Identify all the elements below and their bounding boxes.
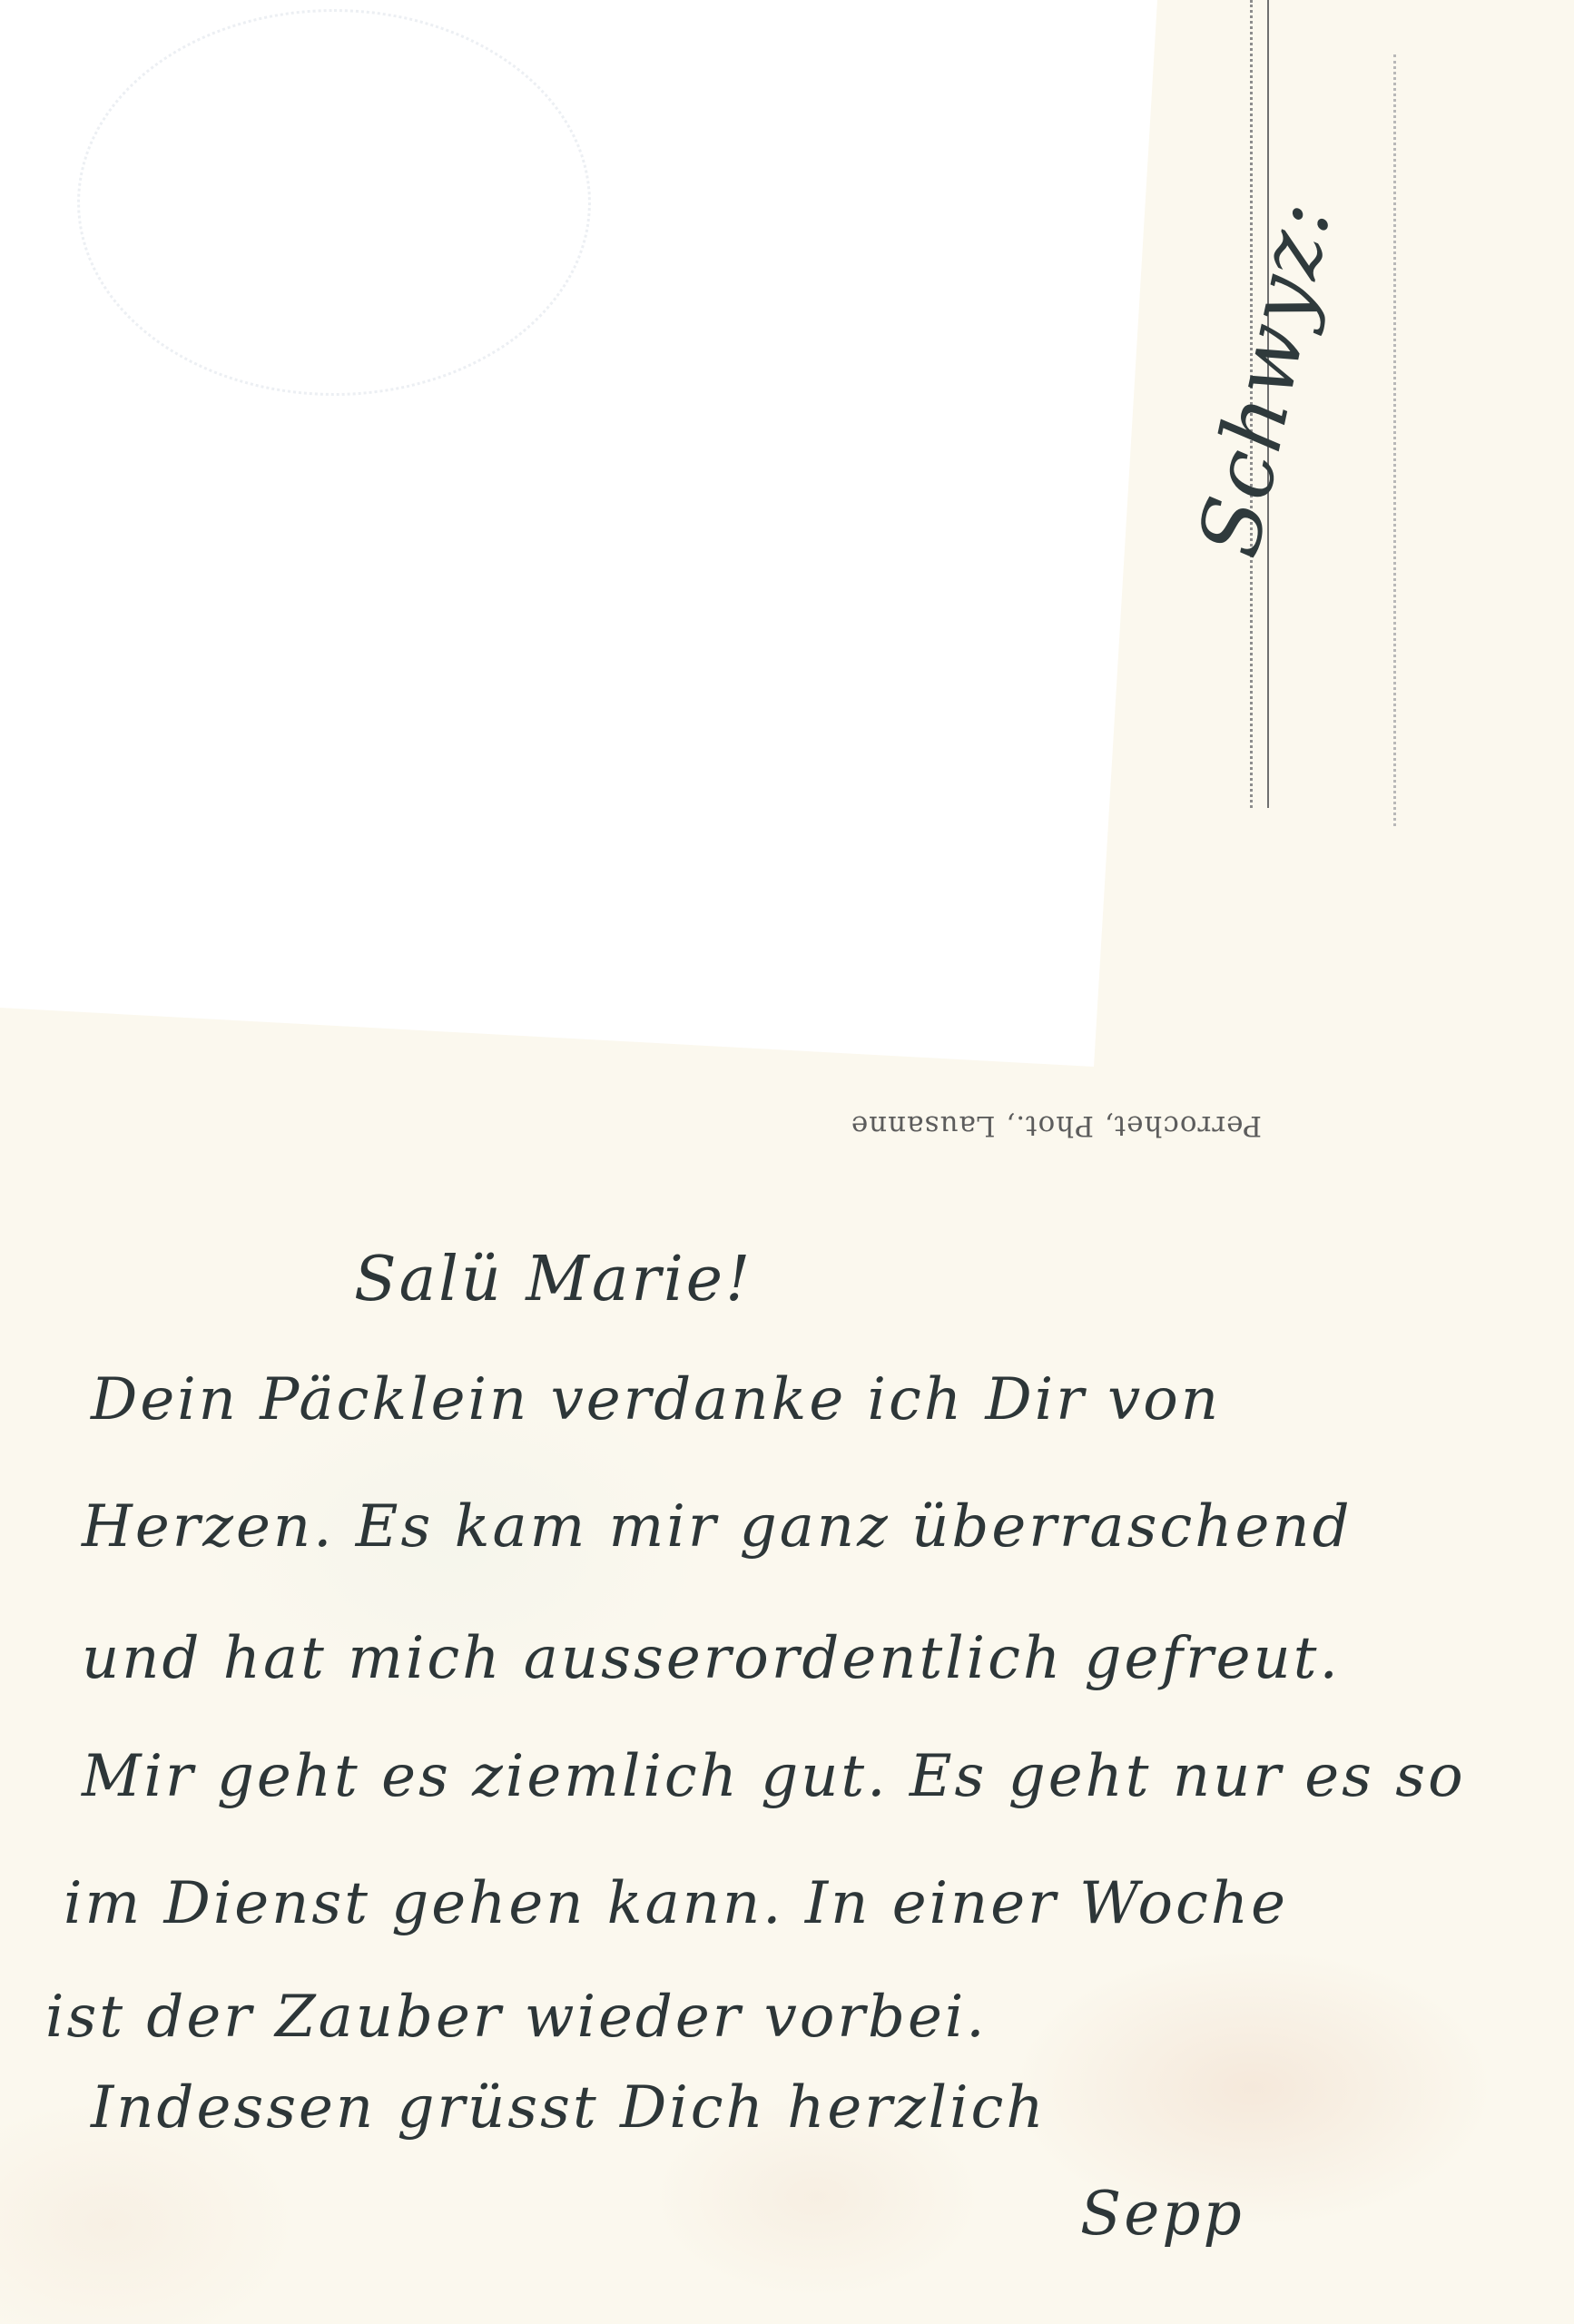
message-line: und hat mich ausserordentlich gefreut.	[82, 1625, 1341, 1692]
publisher-imprint: Perrochet, Phot., Lausanne	[681, 1109, 1262, 1142]
message-greeting: Salü Marie!	[354, 1244, 753, 1315]
blank-cover-area	[0, 0, 1157, 1067]
address-dotted-rule-secondary	[1393, 54, 1396, 826]
message-closing: Indessen grüsst Dich herzlich	[91, 2074, 1047, 2142]
message-line: Dein Päcklein verdanke ich Dir von	[91, 1366, 1221, 1433]
message-line: Mir geht es ziemlich gut. Es geht nur es…	[82, 1743, 1466, 1810]
postmark-stamp	[77, 9, 591, 396]
message-signature: Sepp	[1080, 2179, 1244, 2249]
message-line: ist der Zauber wieder vorbei.	[45, 1984, 988, 2051]
message-line: im Dienst gehen kann. In einer Woche	[64, 1870, 1288, 1937]
message-line: Herzen. Es kam mir ganz überraschend	[82, 1493, 1353, 1561]
